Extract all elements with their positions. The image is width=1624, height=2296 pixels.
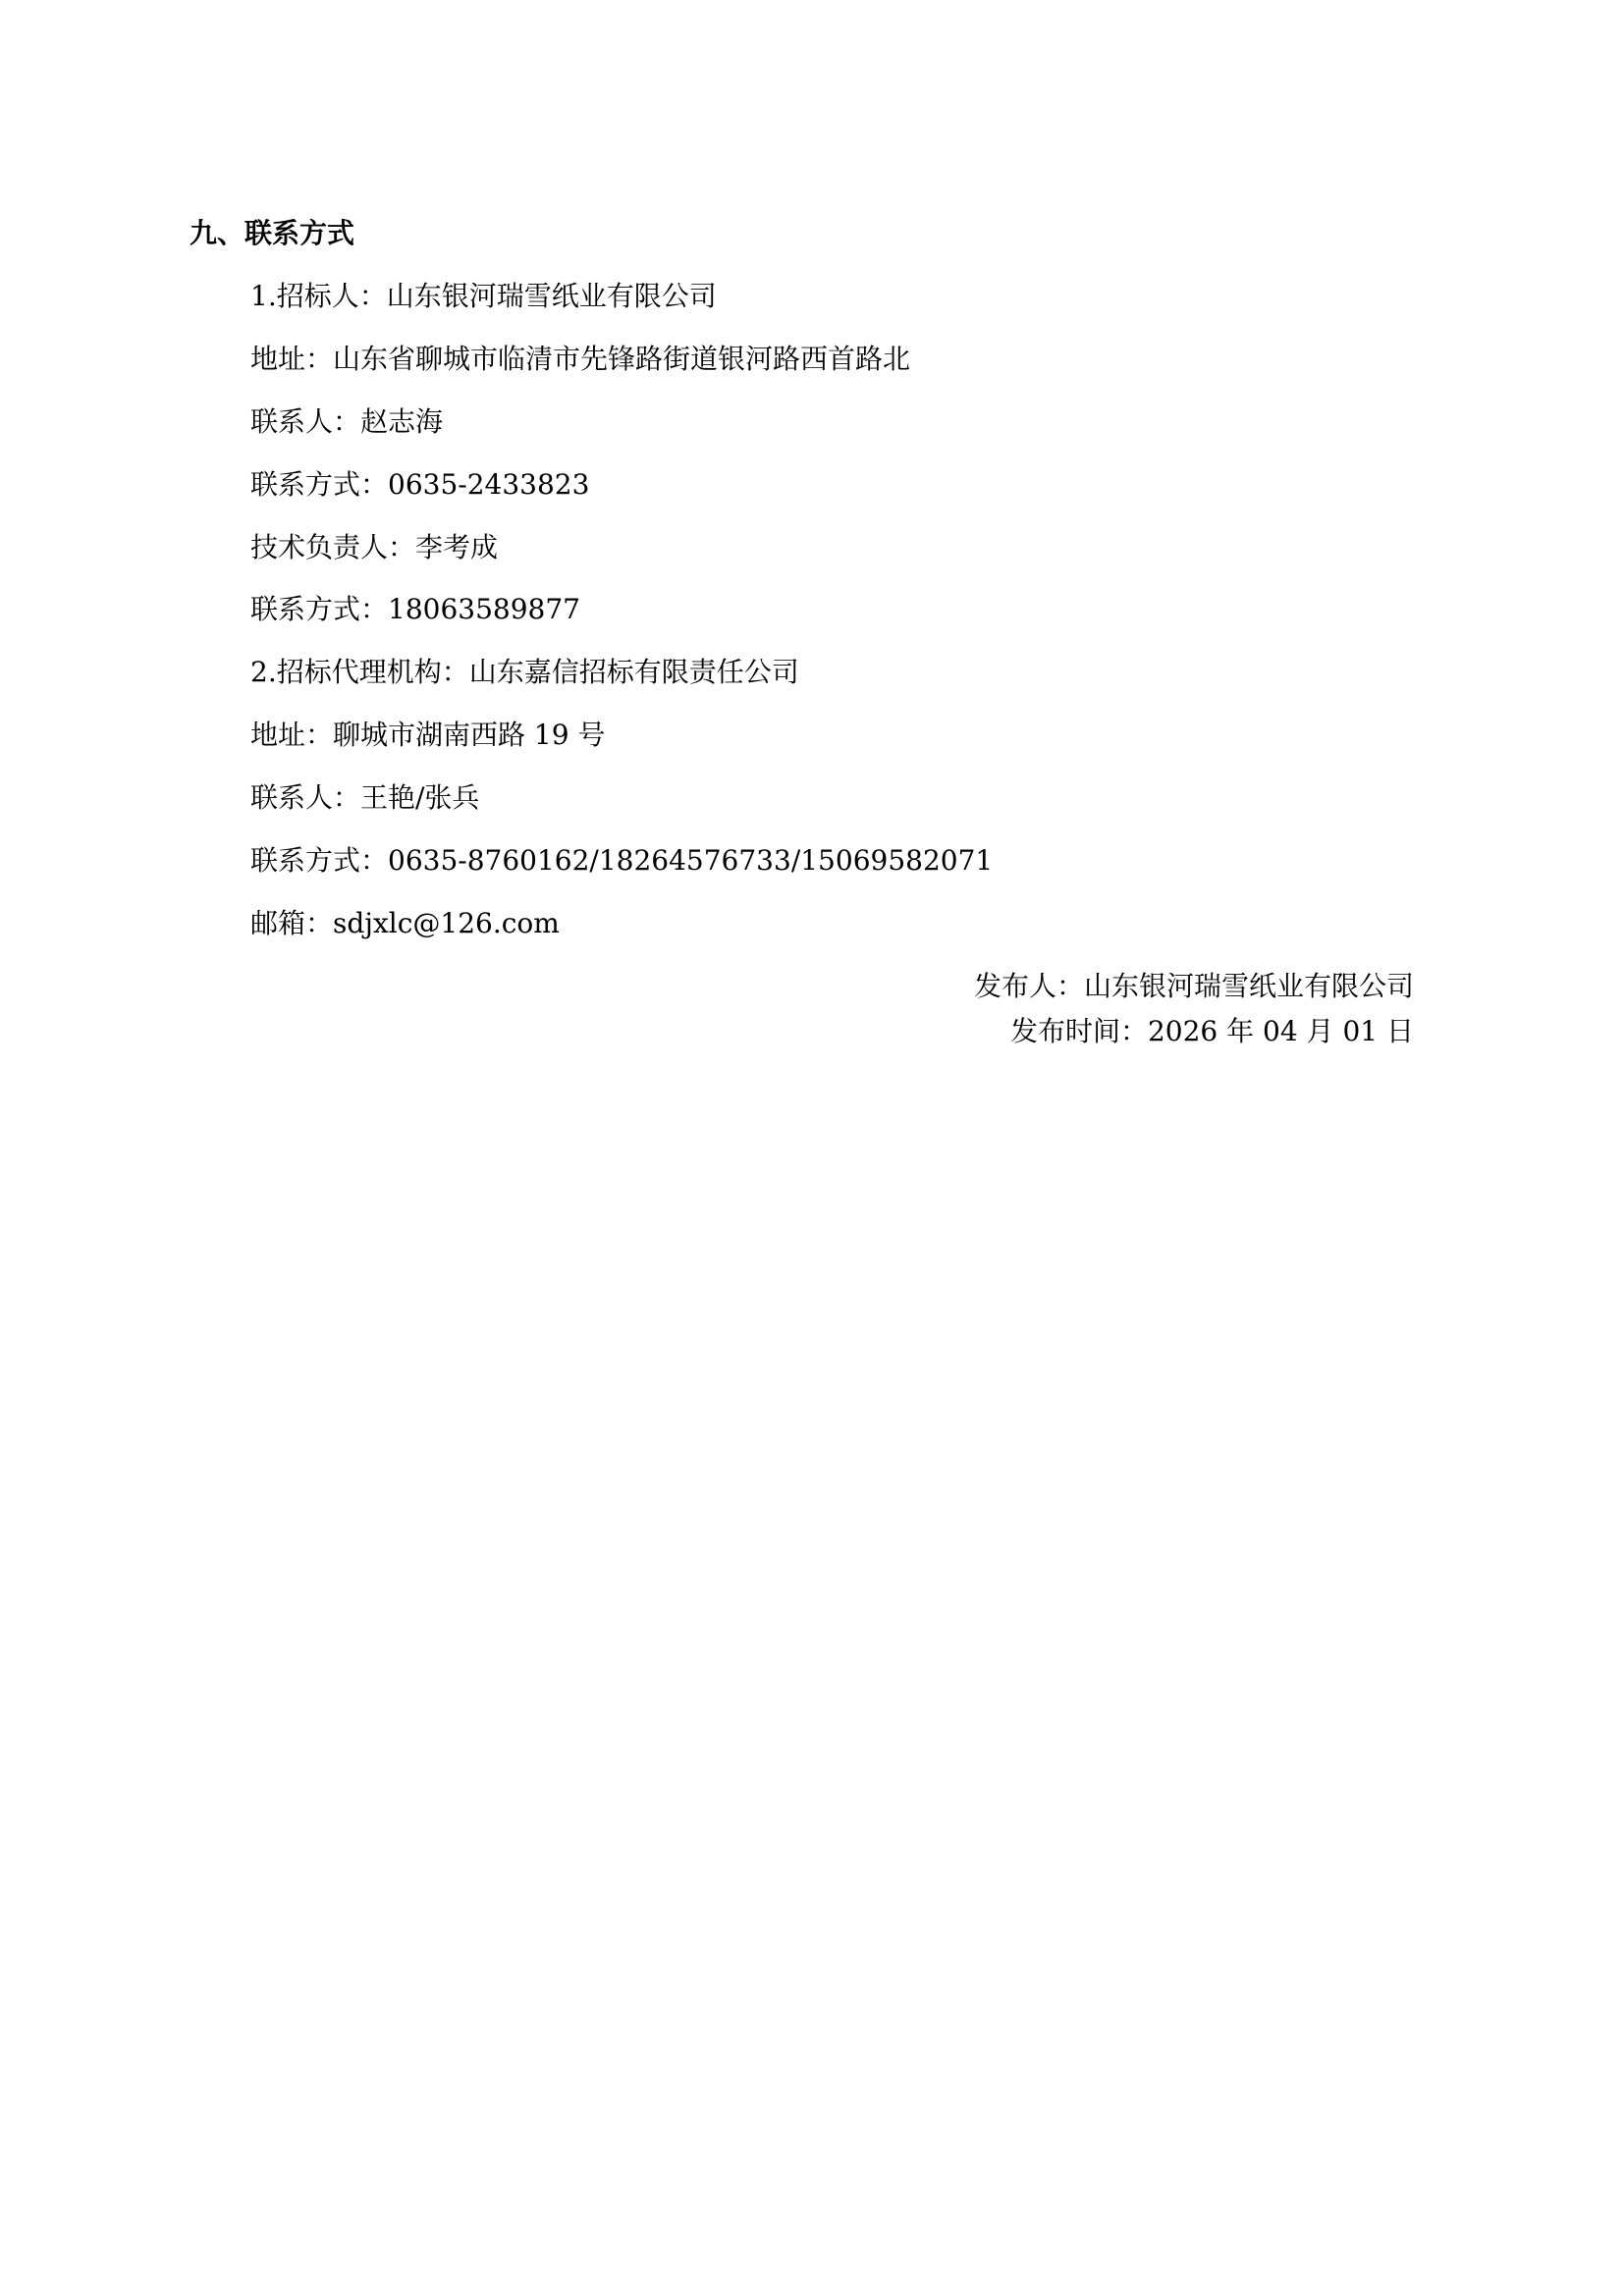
technical-lead: 技术负责人：李考成 — [250, 529, 993, 592]
agency-contact-person: 联系人：王艳/张兵 — [250, 779, 993, 842]
agency-email: 邮箱：sdjxlc@126.com — [250, 905, 993, 968]
tenderer-phone: 联系方式：0635-2433823 — [250, 466, 993, 529]
document-page: 九、联系方式 1.招标人：山东银河瑞雪纸业有限公司 地址：山东省聊城市临清市先锋… — [0, 0, 1624, 2296]
agency-phone: 联系方式：0635-8760162/18264576733/1506958207… — [250, 842, 993, 905]
publish-date: 发布时间：2026 年 04 月 01 日 — [1010, 1013, 1414, 1050]
tenderer-name: 1.招标人：山东银河瑞雪纸业有限公司 — [250, 278, 993, 341]
tenderer-contact-person: 联系人：赵志海 — [250, 403, 993, 466]
tenderer-address: 地址：山东省聊城市临清市先锋路街道银河路西首路北 — [250, 341, 993, 403]
publisher: 发布人：山东银河瑞雪纸业有限公司 — [974, 968, 1414, 1005]
agency-address: 地址：聊城市湖南西路 19 号 — [250, 717, 993, 779]
technical-lead-phone: 联系方式：18063589877 — [250, 591, 993, 654]
contact-list: 1.招标人：山东银河瑞雪纸业有限公司 地址：山东省聊城市临清市先锋路街道银河路西… — [250, 278, 993, 968]
agency-name: 2.招标代理机构：山东嘉信招标有限责任公司 — [250, 654, 993, 717]
section-heading: 九、联系方式 — [189, 216, 354, 251]
